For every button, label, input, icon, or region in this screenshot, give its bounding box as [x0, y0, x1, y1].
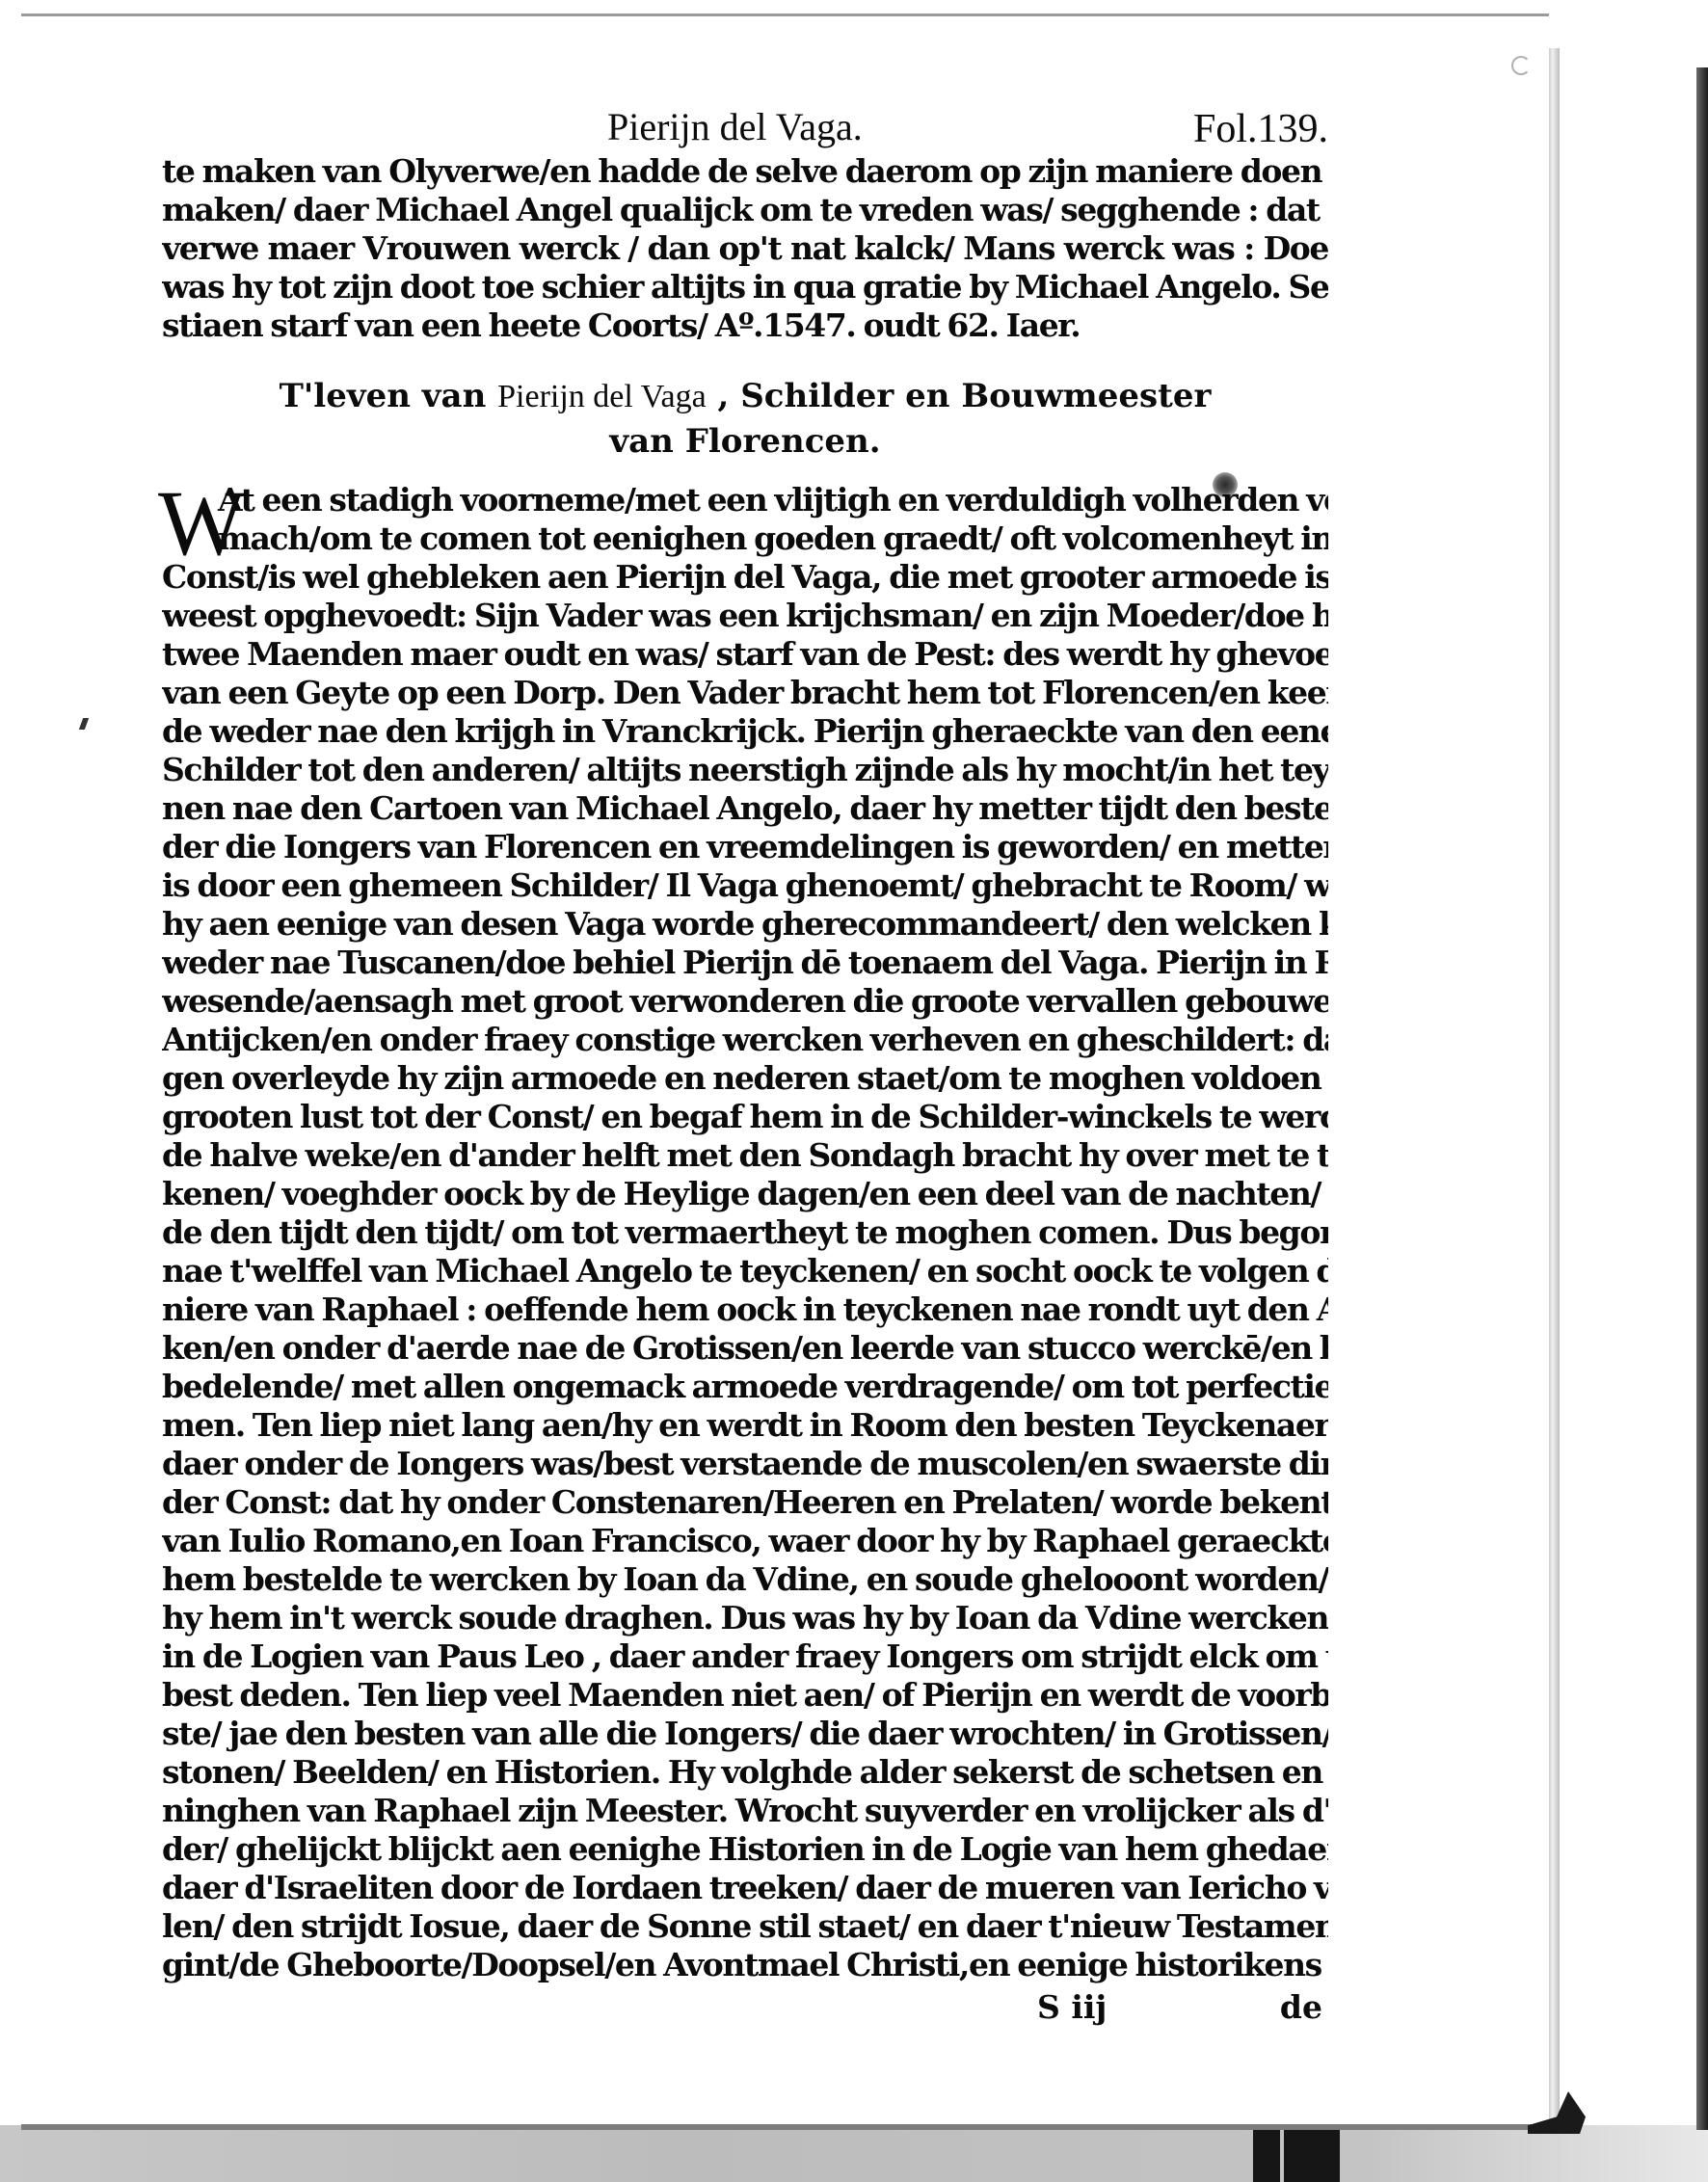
text-line: nae t'welffel van Michael Angelo te teyc…	[162, 1252, 1328, 1291]
text-line: gint/de Gheboorte/Doopsel/en Avontmael C…	[162, 1946, 1328, 1984]
text-line: maken/ daer Michael Angel qualijck om te…	[162, 191, 1328, 229]
text-line: van Iulio Romano,en Ioan Francisco, waer…	[162, 1522, 1328, 1560]
chapter-heading-line-2: van Florencen.	[162, 419, 1328, 464]
text-line: weder nae Tuscanen/doe behiel Pierijn dē…	[162, 944, 1328, 982]
text-line: men. Ten liep niet lang aen/hy en werdt …	[162, 1406, 1328, 1445]
catchword: de	[1280, 1988, 1322, 2026]
text-line: ken/en onder d'aerde nae de Grotissen/en…	[162, 1329, 1328, 1368]
text-line: len/ den strijdt Iosue, daer de Sonne st…	[162, 1907, 1328, 1946]
folio-number: Fol.139.	[1193, 106, 1328, 152]
text-line: grooten lust tot der Const/ en begaf hem…	[162, 1098, 1328, 1136]
text-line: At een stadigh voorneme/met een vlijtigh…	[162, 481, 1328, 519]
heading-text: , Schilder en Bouwmeester	[707, 377, 1212, 415]
text-line: Const/is wel ghebleken aen Pierijn del V…	[162, 558, 1328, 597]
text-line: ninghen van Raphael zijn Meester. Wrocht…	[162, 1792, 1328, 1830]
text-line: twee Maenden maer oudt en was/ starf van…	[162, 635, 1328, 674]
running-head: Pierijn del Vaga. Fol.139.	[162, 100, 1328, 152]
text-line: de den tijdt den tijdt/ om tot vermaerth…	[162, 1213, 1328, 1252]
text-line: hy aen eenige van desen Vaga worde ghere…	[162, 905, 1328, 944]
chapter-heading: T'leven van Pierijn del Vaga , Schilder …	[162, 374, 1328, 464]
heading-name: Pierijn del Vaga	[497, 379, 707, 414]
paper-stain	[1511, 56, 1531, 75]
body-paragraph: W At een stadigh voorneme/met een vlijti…	[162, 481, 1328, 1984]
text-line: hy hem in't werck soude draghen. Dus was…	[162, 1599, 1328, 1637]
table-surface	[0, 2125, 1708, 2182]
text-line: bedelende/ met allen ongemack armoede ve…	[162, 1368, 1328, 1406]
chapter-heading-line-1: T'leven van Pierijn del Vaga , Schilder …	[162, 374, 1328, 419]
text-line: der Const: dat hy onder Constenaren/Heer…	[162, 1483, 1328, 1522]
text-line: Schilder tot den anderen/ altijts neerst…	[162, 751, 1328, 789]
book-strap	[1284, 2130, 1340, 2182]
text-line: mach/om te comen tot eenighen goeden gra…	[162, 519, 1328, 558]
text-line: was hy tot zijn doot toe schier altijts …	[162, 268, 1328, 306]
text-line: daer onder de Iongers was/best verstaend…	[162, 1445, 1328, 1483]
text-line: van een Geyte op een Dorp. Den Vader bra…	[162, 674, 1328, 712]
signature-mark: S iij	[1037, 1988, 1107, 2026]
text-line: verwe maer Vrouwen werck / dan op't nat …	[162, 229, 1328, 268]
drop-cap: W	[158, 485, 246, 562]
continuation-paragraph: te maken van Olyverwe/en hadde de selve …	[162, 152, 1328, 345]
text-line: niere van Raphael : oeffende hem oock in…	[162, 1291, 1328, 1329]
text-line: kenen/ voeghder oock by de Heylige dagen…	[162, 1175, 1328, 1213]
text-line: hem bestelde te wercken by Ioan da Vdine…	[162, 1560, 1328, 1599]
text-line: der/ ghelijckt blijckt aen eenighe Histo…	[162, 1830, 1328, 1869]
text-line: wesende/aensagh met groot verwonderen di…	[162, 982, 1328, 1021]
text-line: te maken van Olyverwe/en hadde de selve …	[162, 152, 1328, 191]
text-line: stiaen starf van een heete Coorts/ Aº.15…	[162, 306, 1328, 345]
running-head-title: Pierijn del Vaga.	[607, 104, 863, 149]
text-line: de halve weke/en d'ander helft met den S…	[162, 1136, 1328, 1175]
text-line: in de Logien van Paus Leo , daer ander f…	[162, 1637, 1328, 1676]
text-line: weest opghevoedt: Sijn Vader was een kri…	[162, 597, 1328, 635]
text-line: ste/ jae den besten van alle die Iongers…	[162, 1715, 1328, 1753]
text-line: gen overleyde hy zijn armoede en nederen…	[162, 1059, 1328, 1098]
heading-text: T'leven van	[280, 377, 498, 415]
text-line: Antijcken/en onder fraey constige wercke…	[162, 1021, 1328, 1059]
text-line: der die Iongers van Florencen en vreemde…	[162, 828, 1328, 866]
book-cover-edge	[1696, 67, 1708, 2130]
text-line: daer d'Israeliten door de Iordaen treeke…	[162, 1869, 1328, 1907]
text-line: best deden. Ten liep veel Maenden niet a…	[162, 1676, 1328, 1715]
text-line: is door een ghemeen Schilder/ Il Vaga gh…	[162, 866, 1328, 905]
page-footer: S iij de	[162, 1988, 1328, 2031]
text-line: de weder nae den krijgh in Vranckrijck. …	[162, 712, 1328, 751]
text-block: Pierijn del Vaga. Fol.139. te maken van …	[162, 100, 1328, 2031]
book-strap	[1253, 2130, 1280, 2182]
text-line: nen nae den Cartoen van Michael Angelo, …	[162, 789, 1328, 828]
text-line: stonen/ Beelden/ en Historien. Hy volghd…	[162, 1753, 1328, 1792]
